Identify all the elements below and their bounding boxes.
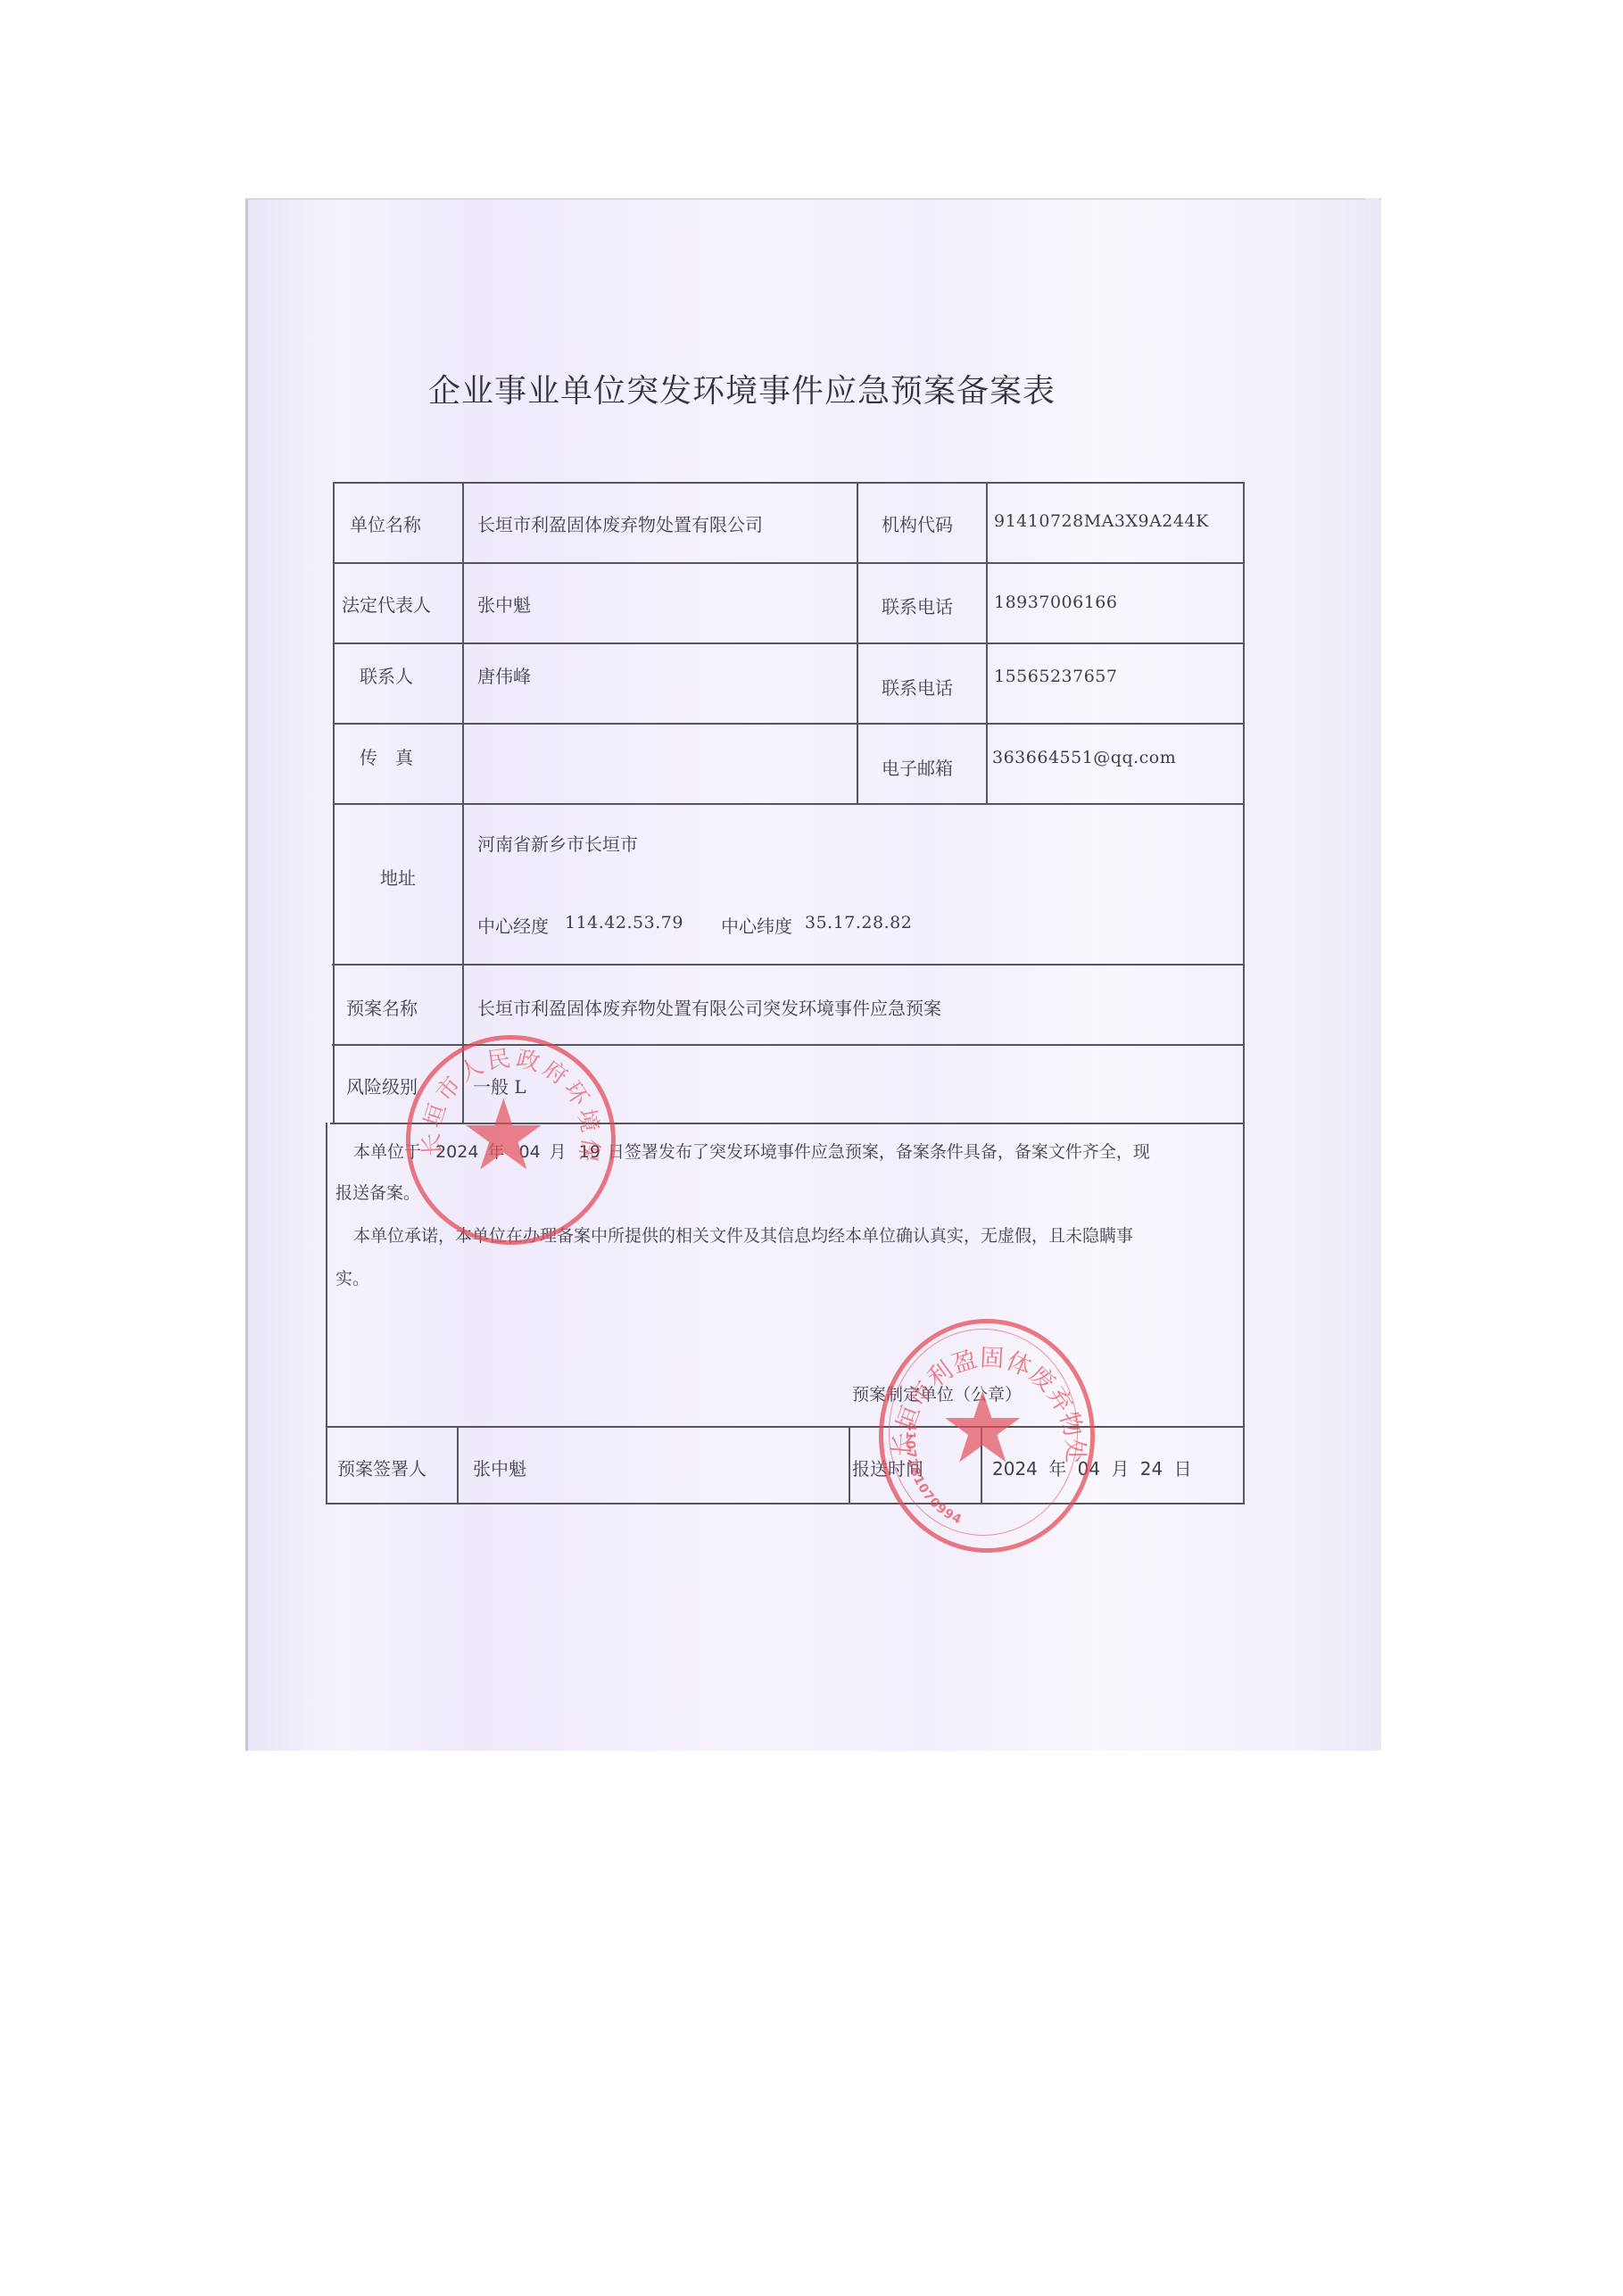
sign-month: 04 <box>518 1142 540 1162</box>
plan-name-value: 长垣市利盈固体废弃物处置有限公司突发环境事件应急预案 <box>477 994 941 1020</box>
longitude-value: 114.42.53.79 <box>565 913 683 932</box>
risk-level-value: 一般 L <box>473 1073 526 1098</box>
contact-label: 联系人 <box>360 662 413 688</box>
submit-date: 2024 年 04 月 24 日 <box>992 1455 1192 1480</box>
latitude-value: 35.17.28.82 <box>805 913 912 932</box>
phone2-value: 15565237657 <box>994 667 1117 686</box>
address-value: 河南省新乡市长垣市 <box>477 830 638 856</box>
contact-value: 唐伟峰 <box>477 662 531 688</box>
statement-line2: 报送备案。 <box>335 1180 420 1204</box>
org-code-label: 机构代码 <box>882 510 953 536</box>
org-code-value: 91410728MA3X9A244K <box>994 511 1209 531</box>
statement-line1: 本单位于 2024年 04月 19日签署发布了突发环境事件应急预案，备案条件具备… <box>353 1139 1150 1163</box>
promise-line1: 本单位承诺，本单位在办理备案中所提供的相关文件及其信息均经本单位确认真实，无虚假… <box>353 1223 1133 1247</box>
sign-year: 2024 <box>435 1142 478 1162</box>
promise-line2: 实。 <box>335 1265 369 1289</box>
fax-label: 传 真 <box>360 743 413 769</box>
sign-day: 19 <box>579 1142 600 1162</box>
submit-time-label: 报送时间 <box>852 1455 923 1480</box>
phone1-label: 联系电话 <box>882 593 953 618</box>
seal-caption: 预案制定单位（公章） <box>852 1381 1022 1405</box>
longitude-label: 中心经度 <box>477 912 549 938</box>
page-edge <box>1365 198 1379 1749</box>
unit-name-value: 长垣市利盈固体废弃物处置有限公司 <box>477 510 763 536</box>
email-value: 363664551@qq.com <box>992 748 1176 767</box>
legal-rep-value: 张中魁 <box>477 591 531 617</box>
signer-value: 张中魁 <box>473 1455 526 1480</box>
risk-level-label: 风险级别 <box>346 1073 418 1098</box>
plan-name-label: 预案名称 <box>346 994 418 1020</box>
legal-rep-label: 法定代表人 <box>342 591 431 617</box>
latitude-label: 中心纬度 <box>721 912 792 938</box>
address-label: 地址 <box>380 864 416 890</box>
signer-label: 预案签署人 <box>337 1455 426 1480</box>
unit-name-label: 单位名称 <box>350 510 421 536</box>
phone1-value: 18937006166 <box>994 593 1117 612</box>
document-title: 企业事业单位突发环境事件应急预案备案表 <box>428 366 1142 411</box>
phone2-label: 联系电话 <box>882 674 953 700</box>
email-label: 电子邮箱 <box>882 754 953 780</box>
scanned-page <box>245 198 1381 1751</box>
